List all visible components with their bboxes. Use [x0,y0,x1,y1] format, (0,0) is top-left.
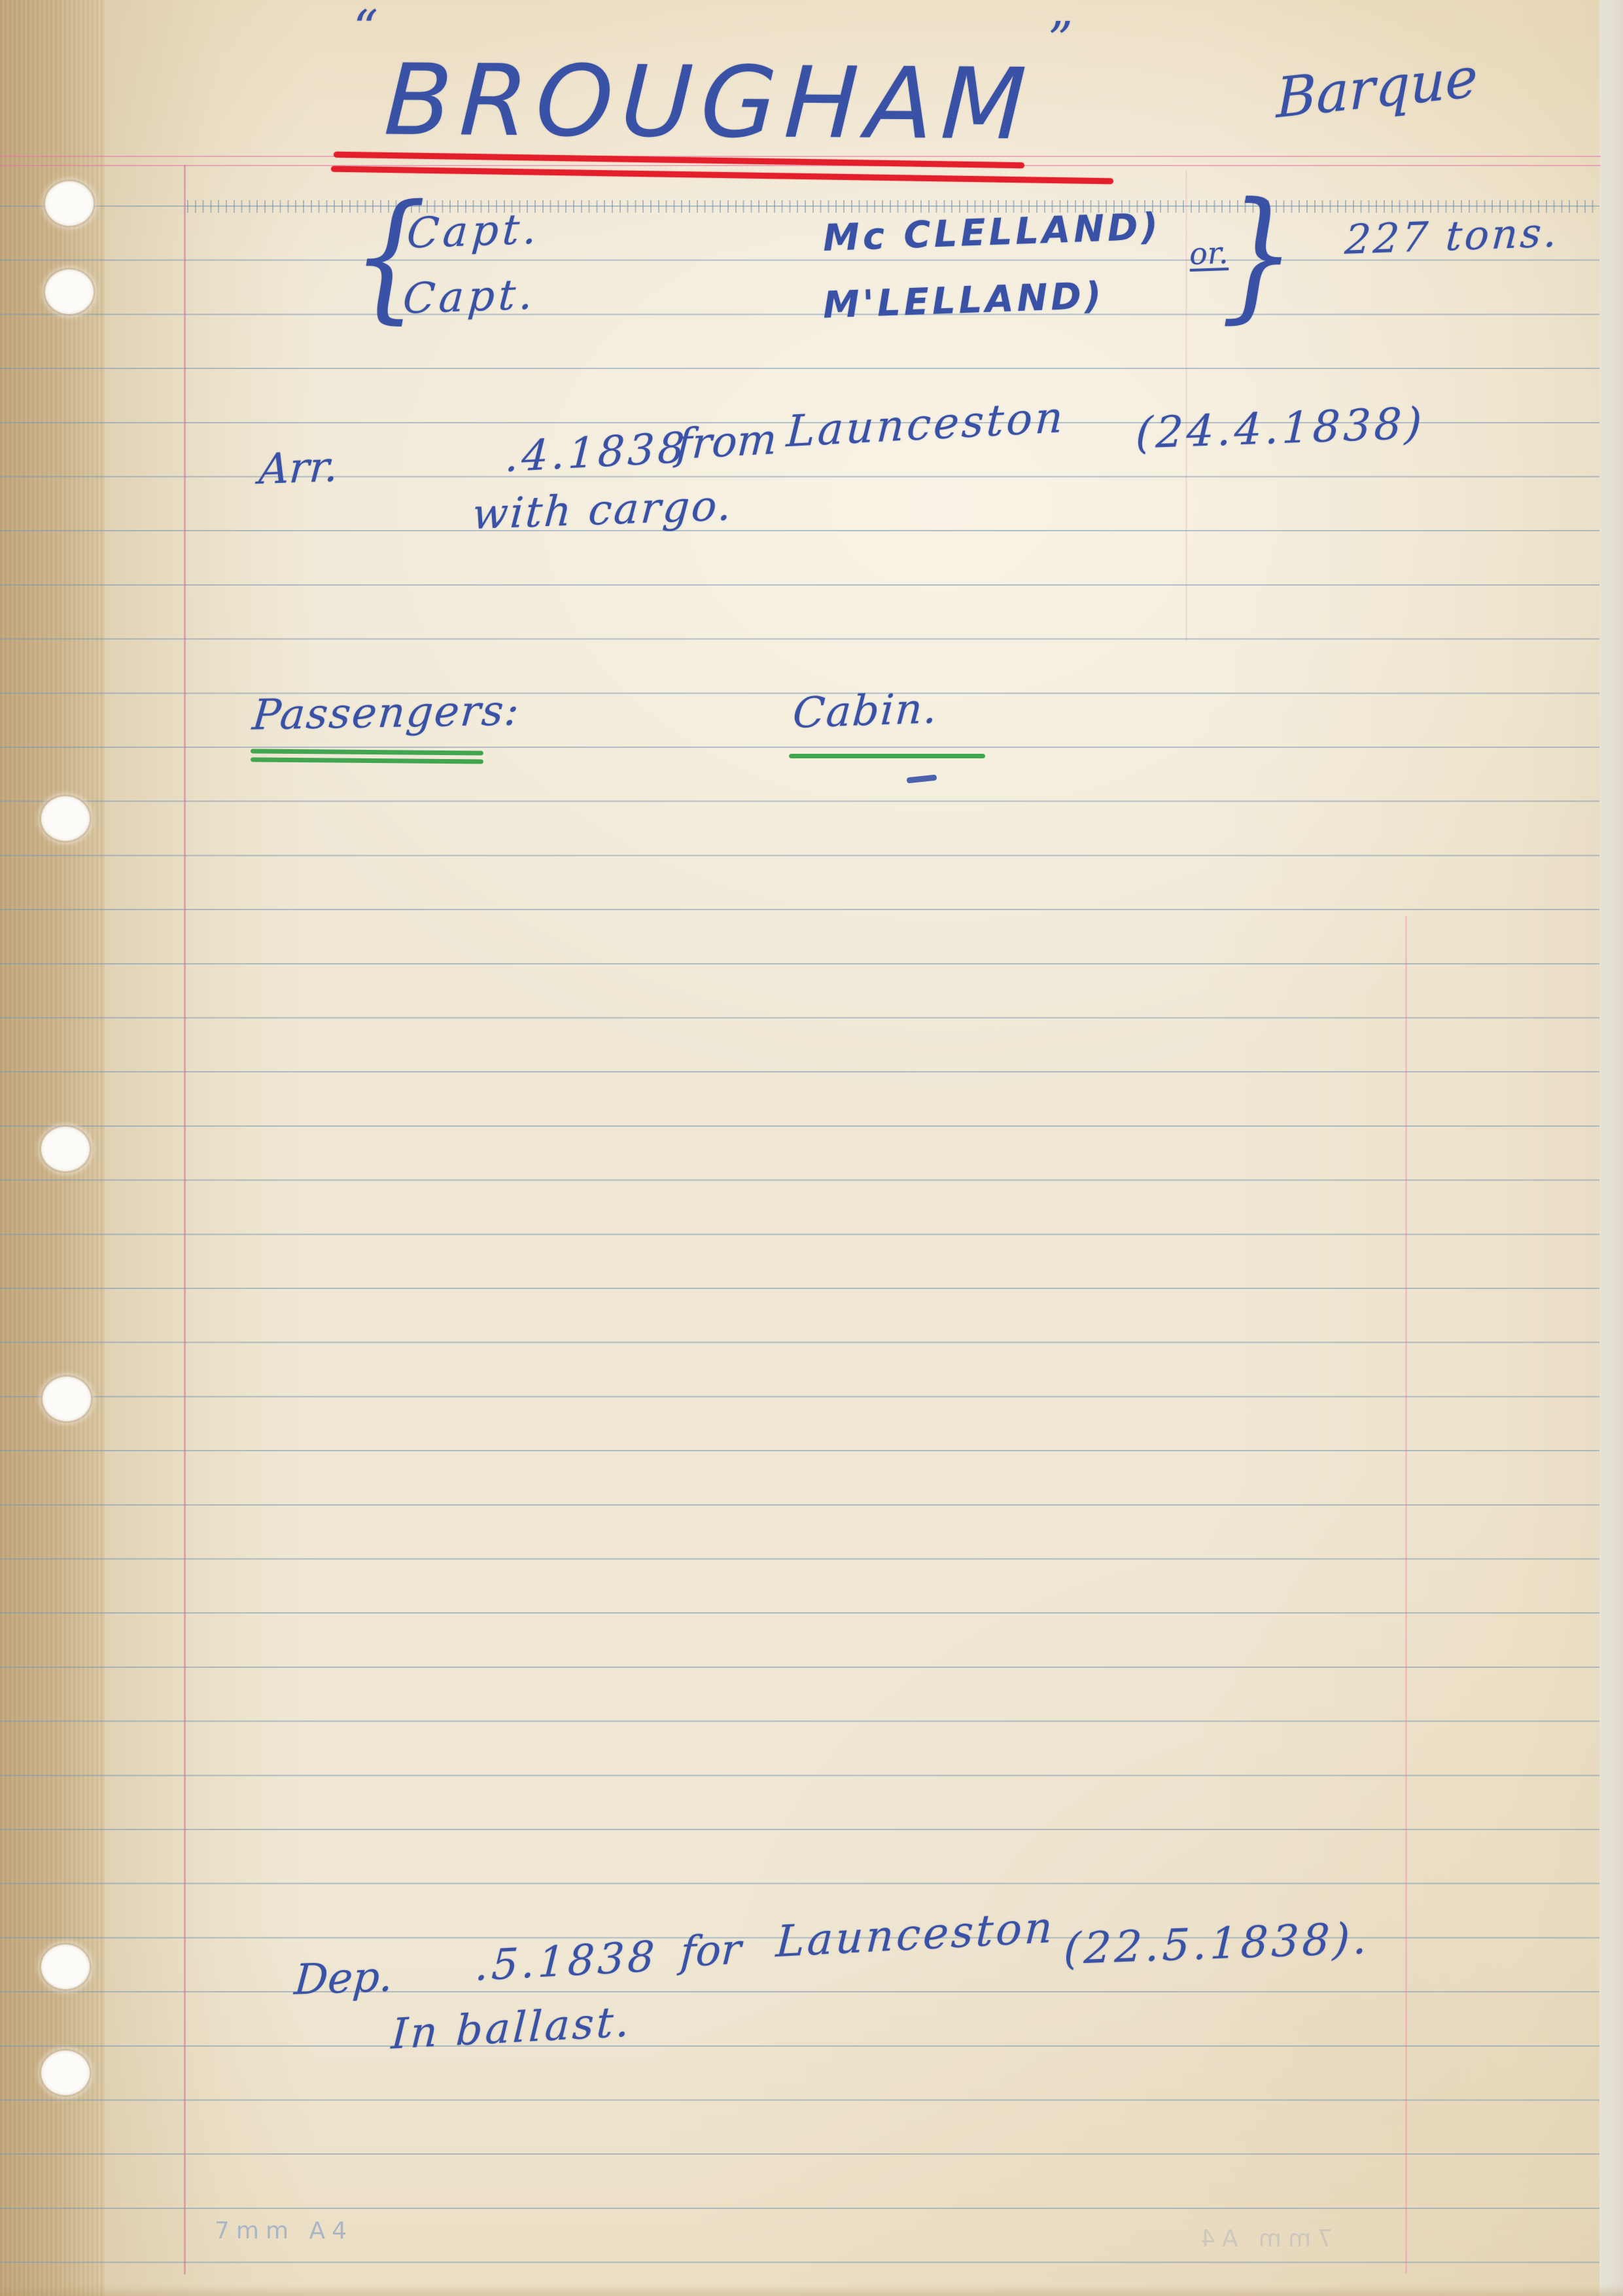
passengers-heading: Passengers: [251,690,522,736]
captain-label-1: Capt. [406,208,542,255]
header-margin-line-2 [0,165,1601,166]
departure-ballast-note: In ballast. [391,2001,633,2056]
departure-port: Launceston [775,1906,1056,1964]
title-close-quote: ” [1048,16,1073,64]
arrival-date: .4.1838 [504,427,689,479]
captain-surname-1: Mc CLELLAND) [822,209,1162,257]
punch-hole [41,1127,90,1171]
arrival-cargo-note: with cargo. [471,485,735,536]
arrival-label: Arr. [258,446,340,491]
punch-hole [45,181,94,226]
scanned-notebook-page: “ BROUGHAM ” Barque { Capt. Capt. Mc CLE… [0,0,1623,2296]
title-open-quote: “ [353,4,378,52]
departure-date: .5.1838 [474,1936,659,1988]
vessel-type: Barque [1276,50,1478,126]
right-bleedthrough-margin-line [1405,916,1407,2274]
page-left-edge-fade [105,0,314,2296]
page-bottom-edge [0,2285,1623,2296]
punch-hole [45,270,94,314]
cabin-dash [907,775,937,784]
arrival-port: Launceston [786,396,1067,454]
departure-for-word: for [679,1928,742,1973]
punch-hole [41,1945,90,1989]
captain-surname-2: M'LELLAND) [822,278,1105,325]
captain-label-2: Capt. [402,274,538,320]
departure-date-parenthetical: (22.5.1838). [1063,1917,1370,1971]
punch-hole [43,1377,91,1421]
title-underline-red-2 [331,166,1113,185]
cabin-underline [789,754,985,758]
cabin-heading: Cabin. [792,688,939,735]
ruling-spec-label-bleedthrough: 7mm A4 [1194,2227,1333,2251]
page-title: BROUGHAM [383,52,1036,154]
departure-label: Dep. [293,1956,394,2001]
punch-hole [41,2051,90,2095]
punch-hole [41,796,90,841]
left-margin-line [184,165,186,2274]
ruling-spec-label: 7mm A4 [215,2219,353,2243]
arrival-date-parenthetical: (24.4.1838) [1135,402,1425,455]
tonnage: 227 tons. [1344,212,1561,260]
page-right-edge [1599,0,1623,2296]
arrival-from-word: from [675,419,778,466]
captain-brace-close: } [1221,185,1296,326]
